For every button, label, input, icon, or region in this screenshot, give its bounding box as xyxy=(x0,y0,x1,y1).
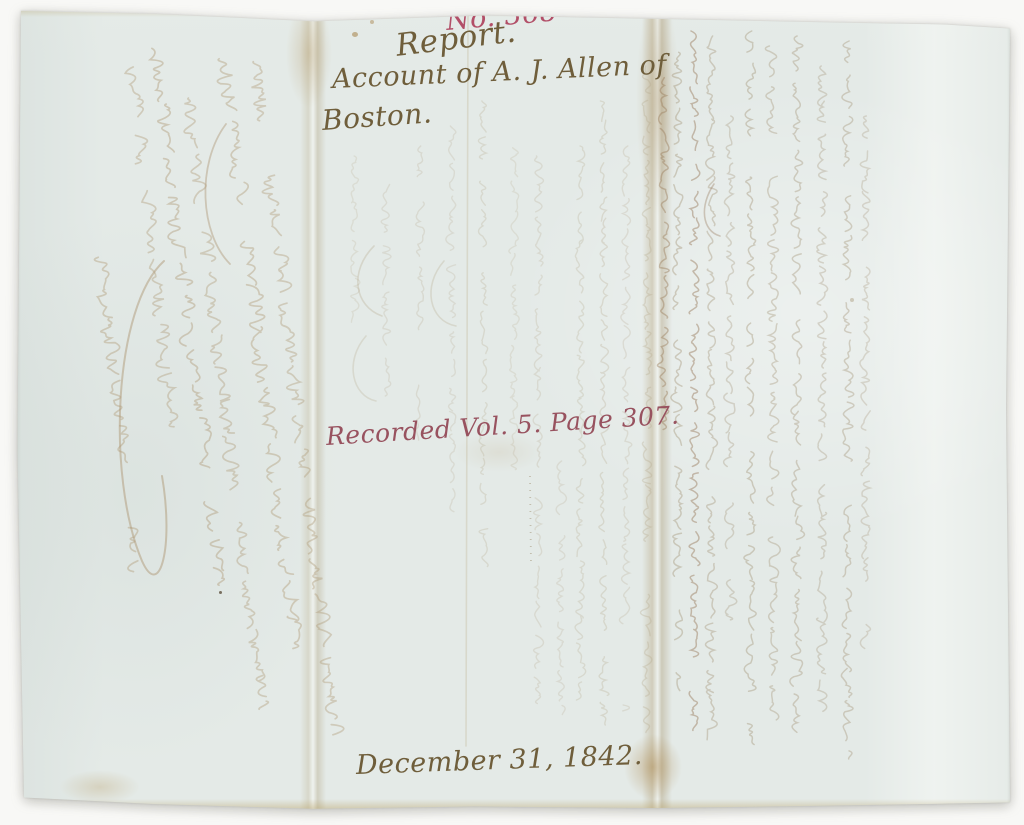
faint-script-stroke xyxy=(860,116,870,649)
faint-script-stroke xyxy=(705,36,717,740)
faint-script-stroke xyxy=(120,261,167,574)
stain-top-left-crease xyxy=(286,0,332,108)
faint-script-stroke xyxy=(120,66,183,428)
faint-script-stroke xyxy=(246,60,346,735)
faint-script-stroke xyxy=(790,36,805,732)
docket-subject-line2: Boston. xyxy=(321,96,433,137)
faint-script-stroke xyxy=(351,156,360,322)
faint-script-stroke xyxy=(671,52,683,690)
faint-script-stroke xyxy=(641,66,652,733)
faint-script-stroke xyxy=(358,246,382,316)
faint-script-stroke xyxy=(144,47,230,586)
faint-script-stroke xyxy=(446,126,456,512)
foxing-spot xyxy=(850,298,854,302)
stain-top-right-crease xyxy=(636,0,680,216)
faint-script-stroke xyxy=(841,41,854,759)
faint-script-stroke xyxy=(215,57,306,649)
faint-script-stroke xyxy=(90,256,147,572)
faint-script-stroke xyxy=(817,66,828,711)
faint-script-stroke xyxy=(466,16,468,746)
faint-script-stroke xyxy=(724,116,737,620)
paper-shadow-wrapper: No. 368 Report. Account of A. J. Allen o… xyxy=(0,0,1024,825)
faint-script-stroke xyxy=(556,461,566,715)
scan-background: No. 368 Report. Account of A. J. Allen o… xyxy=(0,0,1024,825)
ink-bleedthrough-layer xyxy=(14,6,1014,812)
folded-document-paper: No. 368 Report. Account of A. J. Allen o… xyxy=(14,6,1014,812)
foxing-spot xyxy=(352,32,358,37)
faint-script-stroke xyxy=(478,101,488,567)
stain-bottom-left-edge xyxy=(60,770,140,804)
docket-date: December 31, 1842. xyxy=(355,740,643,781)
faint-script-stroke xyxy=(179,97,271,710)
faint-script-stroke xyxy=(416,146,425,440)
faint-script-stroke xyxy=(658,78,670,430)
foxing-spot xyxy=(370,20,374,24)
faint-script-stroke xyxy=(205,124,230,264)
foxing-spot xyxy=(557,12,562,16)
faint-script-stroke xyxy=(353,336,376,401)
ink-speck xyxy=(219,591,222,594)
faint-script-stroke xyxy=(431,261,456,326)
faint-script-stroke xyxy=(744,31,756,745)
docket-recorded-note: Recorded Vol. 5. Page 307. xyxy=(325,400,680,451)
faint-script-stroke xyxy=(689,31,700,730)
docket-subject-line1: Account of A. J. Allen of xyxy=(331,49,667,95)
faint-script-stroke xyxy=(704,184,720,236)
faint-script-stroke xyxy=(381,185,391,397)
faint-script-stroke xyxy=(765,46,780,720)
dotted-ink-column xyxy=(530,476,531,566)
